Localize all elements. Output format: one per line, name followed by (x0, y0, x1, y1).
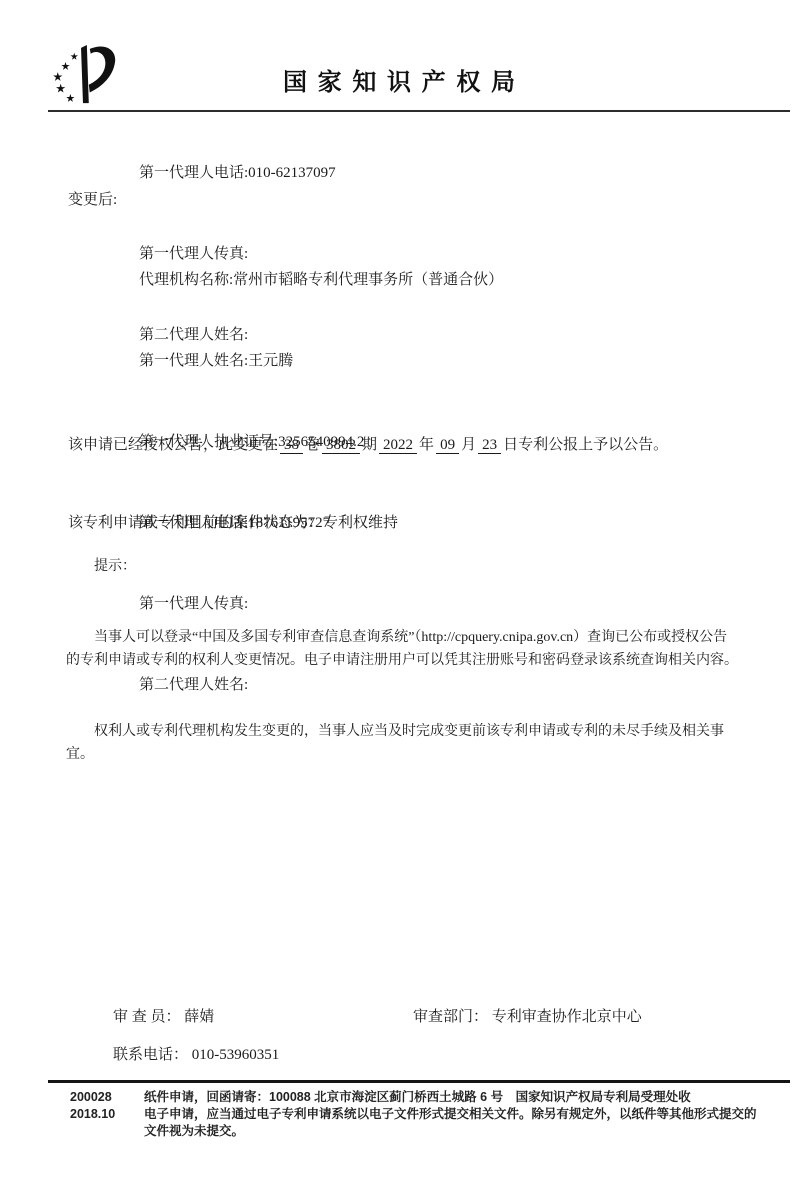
before-line-phone: 第一代理人电话:010-62137097 (139, 160, 336, 187)
contact-phone-label: 联系电话： (113, 1047, 192, 1063)
contact-phone-number: 010-53960351 (192, 1047, 280, 1063)
gazette-month-unit: 月 (461, 437, 476, 453)
examiner-field: 审 查 员： 薛婧 (113, 1005, 214, 1026)
gazette-day: 23 (478, 437, 501, 454)
gazette-year: 2022 (379, 437, 417, 454)
footer-notes: 纸件申请，回函请寄：100088 北京市海淀区蓟门桥西土城路 6 号 国家知识产… (144, 1089, 784, 1140)
gazette-line: 该申请已经授权公告，此变更在38卷3802期2022年09月23日专利公报上予以… (68, 432, 668, 458)
examiner-label: 审 查 员： (113, 1009, 184, 1025)
authority-title: 国 家 知 识 产 权 局 (0, 62, 800, 97)
contact-phone-field: 联系电话： 010-53960351 (113, 1043, 279, 1064)
notice-document-page: 国 家 知 识 产 权 局 第一代理人电话:010-62137097 第一代理人… (0, 0, 800, 1200)
hint-paragraph-obligations: 权利人或专利代理机构发生变更的，当事人应当及时完成变更前该专利申请或专利的未尽手… (66, 720, 740, 767)
form-code-block: 200028 2018.10 (70, 1089, 115, 1123)
form-code: 200028 (70, 1089, 115, 1106)
after-line-agent-name: 第一代理人姓名:王元腾 (139, 348, 503, 375)
footer-divider (48, 1080, 790, 1083)
gazette-suffix: 日专利公报上予以公告。 (503, 437, 668, 453)
after-line-agency-name: 代理机构名称:常州市韬略专利代理事务所（普通合伙） (139, 267, 503, 294)
hint-title: 提示： (66, 555, 740, 579)
department-field: 审查部门： 专利审查协作北京中心 (413, 1005, 642, 1026)
gazette-volume-unit: 卷 (305, 437, 320, 453)
footer-note-paper: 纸件申请，回函请寄：100088 北京市海淀区蓟门桥西土城路 6 号 国家知识产… (144, 1089, 784, 1106)
review-info-row: 审 查 员： 薛婧 审查部门： 专利审查协作北京中心 (0, 1005, 800, 1025)
gazette-volume: 38 (280, 437, 303, 454)
gazette-prefix: 该申请已经授权公告，此变更在 (68, 437, 278, 453)
after-change-label: 变更后: (68, 189, 117, 211)
hint-section: 提示： 当事人可以登录“中国及多国专利审查信息查询系统”（http://cpqu… (66, 508, 740, 814)
gazette-issue-unit: 期 (362, 437, 377, 453)
department-label: 审查部门： (413, 1009, 492, 1025)
gazette-month: 09 (436, 437, 459, 454)
gazette-issue: 3802 (322, 437, 360, 454)
footer-note-electronic-cont: 文件视为未提交。 (144, 1123, 784, 1140)
hint-paragraph-query-system: 当事人可以登录“中国及多国专利审查信息查询系统”（http://cpquery.… (66, 626, 740, 673)
gazette-year-unit: 年 (419, 437, 434, 453)
examiner-name: 薛婧 (184, 1009, 214, 1025)
department-name: 专利审查协作北京中心 (492, 1009, 642, 1025)
form-date: 2018.10 (70, 1106, 115, 1123)
footer-note-electronic: 电子申请，应当通过电子专利申请系统以电子文件形式提交相关文件。除另有规定外，以纸… (144, 1106, 784, 1123)
